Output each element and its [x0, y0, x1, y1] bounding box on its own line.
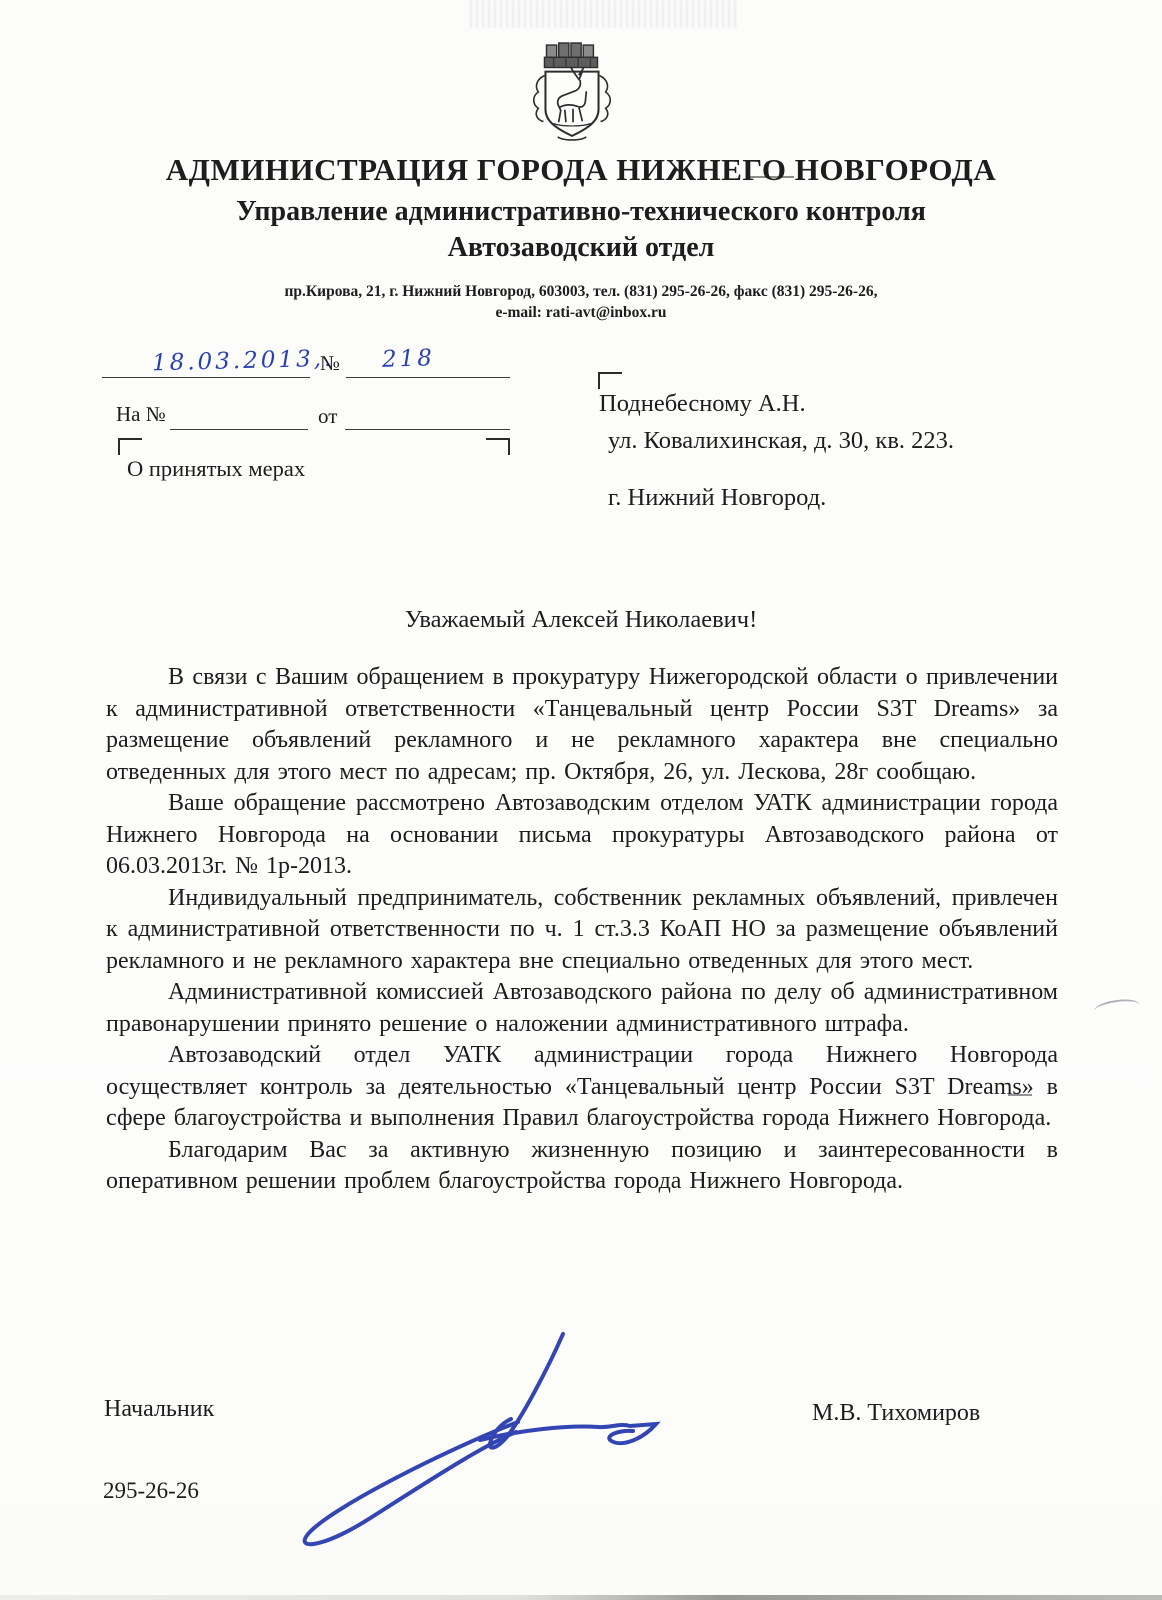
- subject-corner-bracket-left: [118, 438, 142, 455]
- number-underline: [346, 377, 510, 378]
- letter-body: В связи с Вашим обращением в прокуратуру…: [106, 662, 1058, 1198]
- email-line: e-mail: rati-avt@inbox.ru: [0, 302, 1162, 323]
- org-contacts: пр.Кирова, 21, г. Нижний Новгород, 60300…: [0, 281, 1162, 323]
- scan-edge-artifact: [0, 1595, 1162, 1600]
- contact-line: пр.Кирова, 21, г. Нижний Новгород, 60300…: [0, 281, 1162, 302]
- letterhead: АДМИНИСТРАЦИЯ ГОРОДА НИЖНЕГО НОВГОРОДА У…: [0, 150, 1162, 266]
- salutation: Уважаемый Алексей Николаевич!: [0, 606, 1162, 634]
- recipient-address: ул. Ковалихинская, д. 30, кв. 223.: [608, 427, 954, 455]
- scan-smudge-artifact: [470, 0, 740, 28]
- handwritten-signature-ink: [268, 1322, 680, 1554]
- subject-line: О принятых мерах: [127, 456, 305, 482]
- org-name: АДМИНИСТРАЦИЯ ГОРОДА НИЖНЕГО НОВГОРОДА: [0, 150, 1162, 190]
- org-division: Автозаводский отдел: [0, 230, 1162, 266]
- recipient-corner-bracket: [598, 372, 622, 389]
- reply-from-label: от: [318, 404, 337, 429]
- body-paragraph: Благодарим Вас за активную жизненную поз…: [106, 1135, 1058, 1198]
- reply-number-label: На №: [116, 402, 166, 427]
- signer-name: М.В. Тихомиров: [812, 1400, 980, 1427]
- outgoing-date-handwritten: 18.03.2013,.: [152, 346, 335, 377]
- body-paragraph: Автозаводский отдел УАТК администрации г…: [106, 1040, 1058, 1135]
- scanned-letter-page: АДМИНИСТРАЦИЯ ГОРОДА НИЖНЕГО НОВГОРОДА У…: [0, 0, 1162, 1600]
- reply-from-underline: [345, 429, 510, 430]
- recipient-city: г. Нижний Новгород.: [608, 484, 826, 512]
- org-department: Управление административно-технического …: [0, 193, 1162, 230]
- signer-position: Начальник: [104, 1396, 214, 1423]
- subject-corner-bracket-right: [486, 438, 510, 455]
- body-paragraph: Административной комиссией Автозаводског…: [106, 977, 1058, 1040]
- body-paragraph: В связи с Вашим обращением в прокуратуру…: [106, 662, 1058, 788]
- coat-of-arms-icon: [528, 42, 616, 142]
- phone-number: 295-26-26: [103, 1478, 199, 1504]
- recipient-name: Поднебесному А.Н.: [599, 390, 806, 418]
- body-paragraph: Ваше обращение рассмотрено Автозаводским…: [106, 788, 1058, 883]
- paper-crease-artifact: [1093, 997, 1141, 1019]
- number-label: №: [320, 351, 340, 376]
- date-underline: [102, 377, 310, 378]
- body-paragraph: Индивидуальный предприниматель, собствен…: [106, 883, 1058, 978]
- reply-number-underline: [170, 429, 308, 430]
- mural-crown-icon: [544, 43, 597, 67]
- outgoing-number-handwritten: 218: [382, 345, 436, 373]
